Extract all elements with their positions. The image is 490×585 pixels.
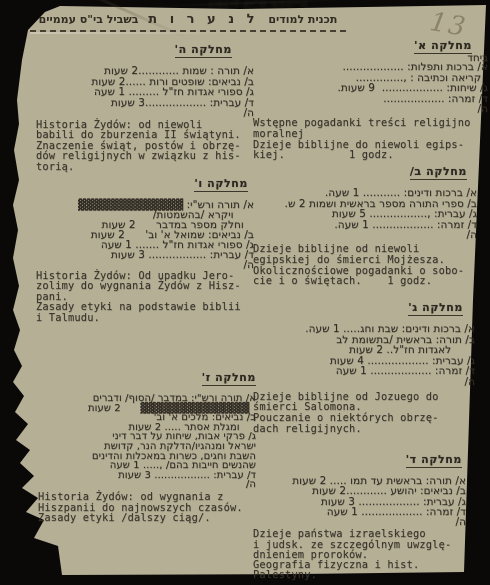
- title-part-3: בשביל בי"ס עממיים: [39, 13, 139, 26]
- section-header: מחלקה ז': [202, 371, 256, 386]
- section-dalet: מחלקה ד' א/ תורה: בראשית עד תמו ..... 2 …: [248, 448, 466, 581]
- section-aleph: מחלקה א' ביחד א/ ברכות ותפלות: .........…: [250, 34, 488, 161]
- curriculum-line: ה/: [26, 260, 254, 270]
- curriculum-line: ה/: [250, 377, 475, 388]
- section-bet: מחלקה ב/ א/ ברכות ודינים: ........... 1 …: [250, 160, 477, 287]
- section-header: מחלקה ד': [406, 453, 462, 468]
- curriculum-line: ד/ עברית: ..................3 שעות: [26, 98, 254, 109]
- note-line: zolimy do wygnania Żydów z Hisz-: [36, 281, 254, 291]
- margin-note-together: ביחד: [467, 53, 488, 64]
- title-part-2: ל נ ע ר ו ת: [142, 12, 264, 27]
- section-header: מחלקה ג': [408, 301, 463, 316]
- curriculum-line: ד/ זמרה: ..................: [250, 94, 488, 105]
- section-vav: מחלקה ו' א/ תורה ורש"י: ▓▓▓▓▓▓▓▓▓▓▓▓▓ וי…: [26, 172, 254, 323]
- curriculum-line: א/ תורה : שמות ............2 שעות: [26, 66, 254, 77]
- curriculum-line: א/ ברכות ותפלות: ..................: [250, 62, 488, 73]
- curriculum-line: ד/ זמרה: .................. 1 שעה: [248, 507, 466, 517]
- curriculum-line: ד/ זמרה: .................. 1 שעה.: [250, 220, 477, 231]
- curriculum-line: ה/: [26, 480, 256, 490]
- section-header: מחלקה א': [414, 39, 472, 54]
- section-header: מחלקה ה': [175, 43, 232, 58]
- note-line: Historia Żydów: od wygnania z: [38, 492, 256, 503]
- curriculum-line: א/ ברכות ודינים: ........... 1 שעה.: [250, 188, 477, 199]
- section-gimel: מחלקה ג' א/ ברכות ודינים: שבת וחג..... 1…: [250, 296, 475, 435]
- curriculum-line: ה/: [250, 230, 477, 241]
- curriculum-line: ד/ זמרה: .................. 1 שעה: [250, 366, 475, 377]
- bleed-through-text: בשביל בי"ס עממיים: [148, 0, 368, 10]
- curriculum-line: א/ ברכות ודינים: שבת וחג..... 1 שעה.: [250, 324, 475, 335]
- curriculum-line: ה/: [250, 104, 488, 115]
- note-line: i Talmudu.: [36, 313, 254, 323]
- section-zayin: מחלקה ז' א/ תורה ורש"י: במדבר /הסוף/ ודב…: [26, 366, 256, 524]
- curriculum-line: ה/: [26, 108, 254, 119]
- curriculum-line: ד/ עברית: ................. 3 שעות: [26, 471, 256, 481]
- note-line: torią.: [36, 162, 254, 172]
- curriculum-line: ה/: [248, 517, 466, 527]
- note-line: Palestyny.: [253, 570, 466, 580]
- document-title: תכנית למודים ל נ ע ר ו ת בשביל בי"ס עממי…: [30, 13, 346, 32]
- section-header: מחלקה ו': [194, 177, 248, 192]
- note-line: dach religijnych.: [253, 424, 475, 435]
- note-line: moralnej: [253, 129, 488, 140]
- curriculum-line: ד/ עברית: ................. 3 שעות: [26, 250, 254, 260]
- note-line: cie i o świętach. 1 godz.: [253, 276, 477, 287]
- title-part-1: תכנית למודים: [268, 13, 337, 26]
- section-he: מחלקה ה' א/ תורה : שמות ............2 שע…: [26, 38, 254, 172]
- section-header: מחלקה ב/: [410, 165, 467, 180]
- note-line: egipskiej do śmierci Mojżesza.: [253, 255, 477, 266]
- note-line: Zasady etyki /dalszy ciąg/.: [38, 513, 256, 524]
